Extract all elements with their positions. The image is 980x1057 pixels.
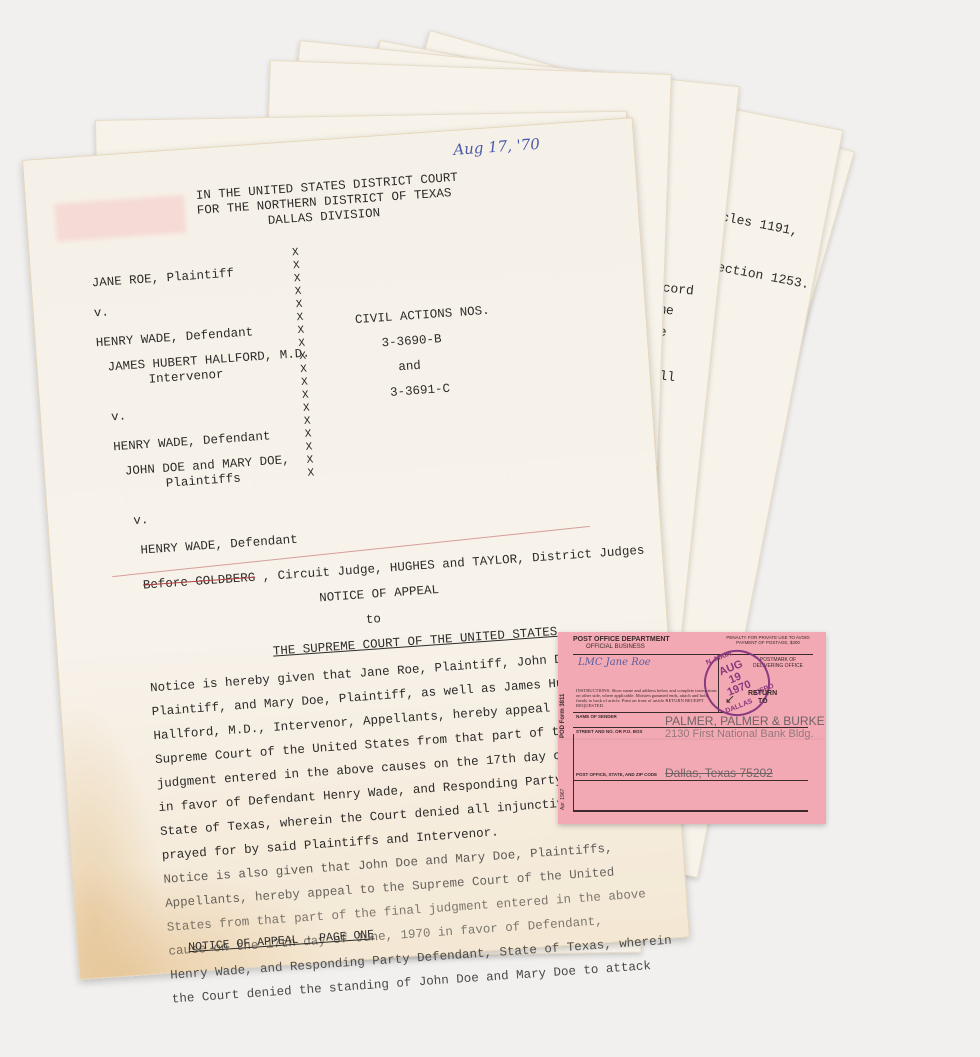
- city-state-zip: Dallas, Texas 75202: [665, 766, 773, 780]
- case-label: CIVIL ACTIONS NOS.: [354, 304, 490, 327]
- sender-name: PALMER, PALMER & BURKE: [665, 714, 825, 728]
- notice-of-appeal-page: Aug 17, '70 IN THE UNITED STATES DISTRIC…: [22, 117, 690, 980]
- street-label: STREET AND NO. OR P.O. BOX: [576, 729, 643, 734]
- pink-smudge: [54, 195, 186, 242]
- return-to-label: TO: [758, 698, 768, 705]
- form-date: Apr. 1967: [560, 789, 566, 810]
- card-rule: [573, 734, 574, 811]
- party-line: HENRY WADE, Defendant: [140, 533, 298, 558]
- card-rule: [573, 712, 723, 713]
- card-rule: [573, 810, 808, 812]
- party-line: v.: [111, 409, 127, 424]
- card-rule: [573, 780, 808, 781]
- party-line: JANE ROE, Plaintiff: [91, 267, 234, 291]
- return-to-label: RETURN: [748, 690, 777, 697]
- handwritten-date: Aug 17, '70: [453, 135, 541, 159]
- struck-judge: Before GOLDBERG: [142, 571, 255, 593]
- city-label: POST OFFICE, STATE, AND ZIP CODE: [576, 772, 657, 777]
- party-line: v.: [133, 513, 149, 528]
- judges-rest: , Circuit Judge, HUGHES and TAYLOR, Dist…: [255, 544, 645, 585]
- case-number: 3-3691-C: [390, 382, 451, 400]
- document-title: NOTICE OF APPEAL: [319, 583, 440, 605]
- case-number: 3-3690-B: [381, 332, 442, 350]
- sender-label: NAME OF SENDER: [576, 714, 617, 719]
- title-to: to: [365, 612, 381, 627]
- form-number: POD Form 3811: [560, 694, 566, 738]
- card-header: POST OFFICE DEPARTMENT: [573, 636, 670, 643]
- return-receipt-card-lower: POST OFFICE, STATE, AND ZIP CODE Dallas,…: [558, 740, 826, 824]
- court-addressed: THE SUPREME COURT OF THE UNITED STATES: [272, 625, 557, 659]
- street-address: 2130 First National Bank Bldg.: [665, 728, 814, 740]
- card-rule: [573, 654, 813, 655]
- party-line: HENRY WADE, Defendant: [95, 325, 253, 350]
- case-joiner: and: [398, 359, 421, 375]
- arrow-icon: ↙: [725, 692, 735, 706]
- return-receipt-card: POST OFFICE DEPARTMENT OFFICIAL BUSINESS…: [558, 632, 826, 740]
- party-line: HENRY WADE, Defendant: [113, 429, 271, 454]
- card-subheader: OFFICIAL BUSINESS: [586, 644, 645, 650]
- instructions: INSTRUCTIONS: Show name and address belo…: [576, 688, 718, 708]
- x-divider-column: X X X X X X X X X X X X X X X X X X: [292, 247, 315, 481]
- party-line: v.: [93, 305, 109, 320]
- penalty-text: PENALTY FOR PRIVATE USE TO AVOID PAYMENT…: [723, 635, 813, 645]
- handwritten-note: LMC Jane Roe: [578, 657, 651, 668]
